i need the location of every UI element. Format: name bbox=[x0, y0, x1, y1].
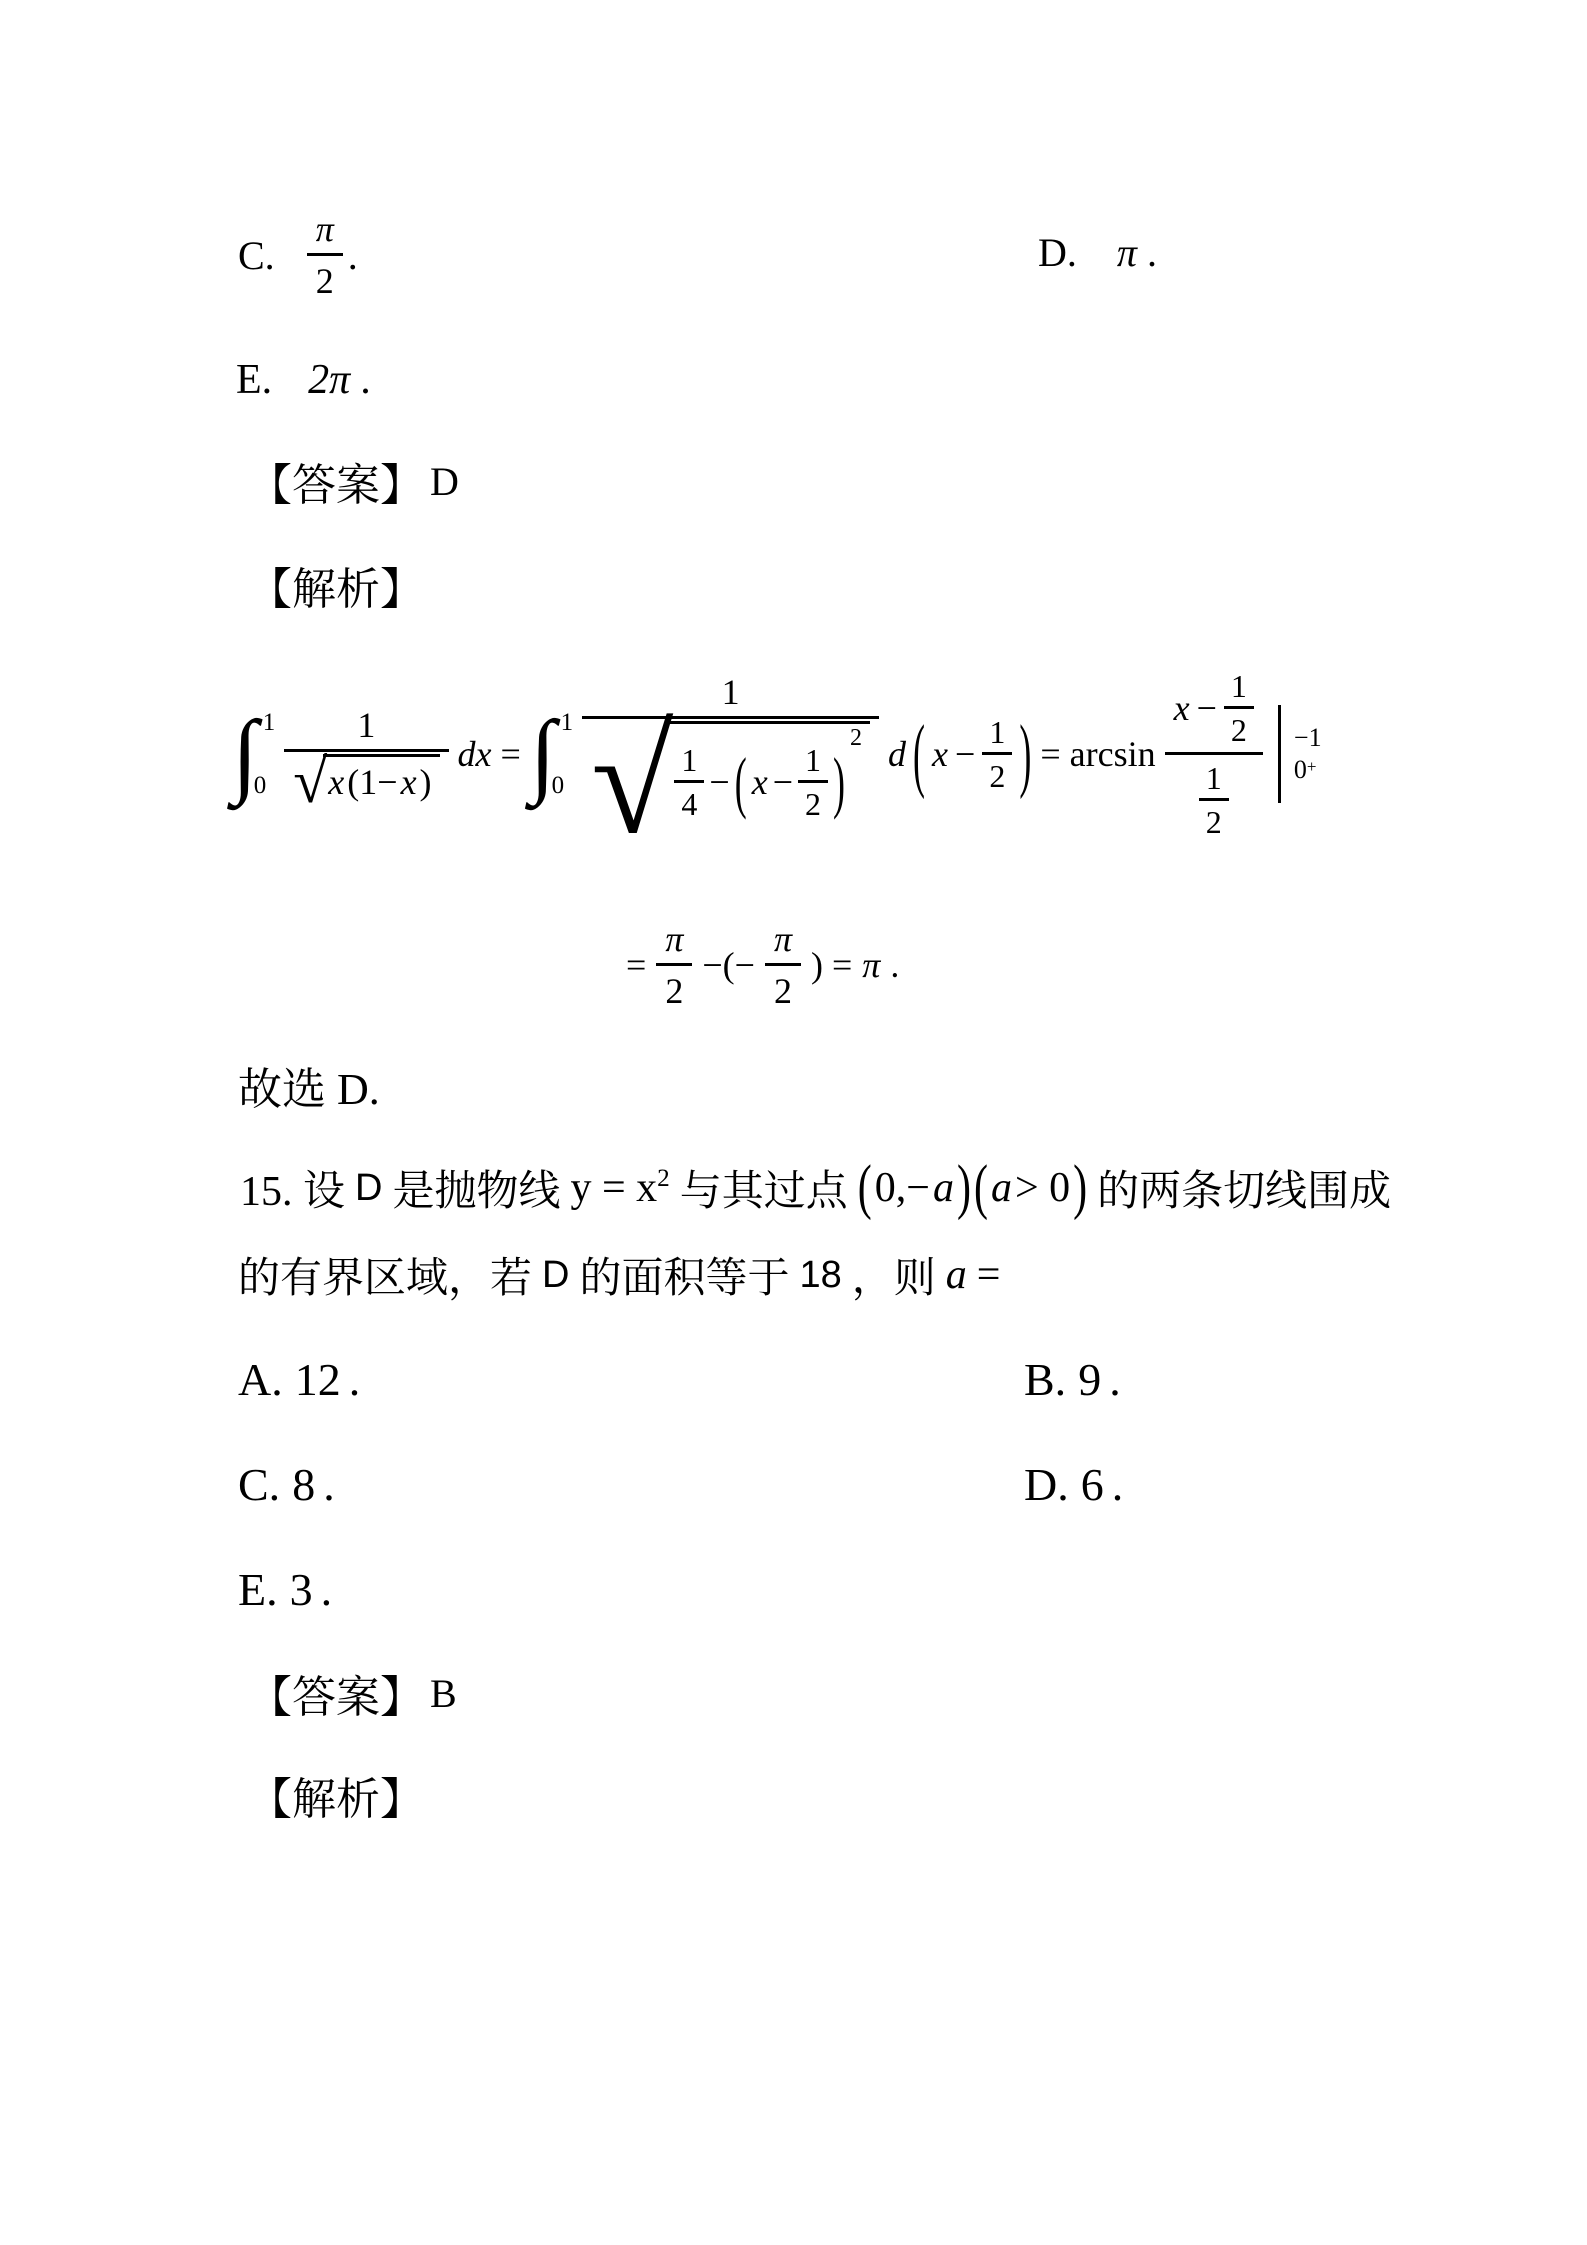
minus-sign: − bbox=[773, 764, 793, 800]
arcsin-label: arcsin bbox=[1070, 733, 1156, 775]
denominator-2: 2 bbox=[805, 788, 821, 820]
q15-number-and-text: 15. 设 bbox=[240, 1158, 345, 1218]
answer-value: B bbox=[430, 1670, 457, 1717]
exponent-2: 2 bbox=[657, 1165, 670, 1192]
close-paren: ) bbox=[420, 764, 432, 800]
option-d-value: 6 bbox=[1081, 1458, 1104, 1511]
var-a: a bbox=[946, 1251, 967, 1299]
open-paren: ( bbox=[974, 1158, 988, 1219]
period: . bbox=[1112, 1458, 1124, 1511]
pi-symbol: π bbox=[1117, 229, 1137, 276]
denominator-2: 2 bbox=[989, 760, 1005, 792]
option-e-value: 2π bbox=[308, 356, 350, 404]
option-c-label: C. bbox=[238, 232, 275, 279]
option-c-label: C. bbox=[238, 1458, 280, 1511]
option-e-row-q15: E. 3 . bbox=[238, 1560, 332, 1618]
option-e-row: E. 2π . bbox=[236, 354, 371, 406]
integral-upper-limit: 1 bbox=[561, 710, 574, 735]
integral-lower-limit: 0 bbox=[552, 773, 574, 798]
period: . bbox=[360, 356, 371, 404]
q15-text: 的两条切线围成 bbox=[1097, 1158, 1391, 1218]
open-paren: ( bbox=[858, 1158, 872, 1219]
analysis-heading: 【解析】 bbox=[248, 1763, 424, 1827]
pi-symbol: π bbox=[316, 211, 334, 247]
close-paren: ) bbox=[1073, 1158, 1087, 1219]
var-x: x bbox=[636, 1165, 657, 1211]
minus-sign: − bbox=[955, 733, 975, 775]
period: . bbox=[349, 1353, 361, 1406]
numerator-1: 1 bbox=[1206, 762, 1222, 794]
integral-0-1: ∫ 1 0 bbox=[530, 710, 573, 798]
option-c-row-q15: C. 8 . bbox=[238, 1455, 335, 1513]
sqrt-x-1-minus-x: √ x (1− x ) bbox=[293, 754, 439, 801]
equals-sign: = bbox=[626, 944, 646, 986]
q14-analysis-row: 【解析】 bbox=[248, 556, 424, 614]
var-y: y bbox=[570, 1165, 591, 1211]
q14-answer-row: 【答案】 D bbox=[248, 452, 459, 510]
var-x: x bbox=[328, 764, 344, 800]
fraction-1-over-2: 1 2 bbox=[982, 716, 1012, 792]
equals-sign: = bbox=[501, 733, 521, 775]
option-d-row-q15: D. 6 . bbox=[1024, 1455, 1123, 1513]
exponent-2: 2 bbox=[850, 726, 862, 750]
option-b-label: B. bbox=[1024, 1353, 1066, 1406]
denominator-2: 2 bbox=[1231, 714, 1247, 746]
fraction-1-over-2: 1 2 bbox=[1199, 762, 1229, 838]
dx-term: dx bbox=[458, 733, 492, 775]
option-e-value: 3 bbox=[290, 1563, 313, 1616]
upper-limit: −1 bbox=[1294, 725, 1322, 751]
parabola-equation: y = x2 bbox=[570, 1164, 669, 1212]
arcsin-argument-fraction: x − 1 2 1 2 bbox=[1165, 669, 1263, 839]
close-paren-equals: ) = bbox=[811, 944, 852, 986]
var-a: a bbox=[991, 1164, 1012, 1212]
q15-text: 与其过点 bbox=[680, 1158, 848, 1218]
option-e-label: E. bbox=[236, 356, 272, 404]
denominator-2: 2 bbox=[1206, 806, 1222, 838]
period: . bbox=[1109, 1353, 1121, 1406]
close-paren: ) bbox=[833, 748, 845, 816]
point-coordinates: 0,− bbox=[875, 1164, 930, 1212]
q15-statement-line1: 15. 设 D 是抛物线 y = x2 与其过点 ( 0,− a ) ( a >… bbox=[240, 1148, 1391, 1228]
fraction-1-over-sqrt-x-1-minus-x: 1 √ x (1− x ) bbox=[284, 706, 448, 802]
conclusion-text: 故选 D. bbox=[238, 1053, 380, 1117]
integral-0-1: ∫ 1 0 bbox=[232, 710, 275, 798]
evaluation-limits: −1 0+ bbox=[1294, 725, 1322, 783]
equals-sign: = bbox=[602, 1165, 626, 1211]
var-x: x bbox=[752, 764, 768, 800]
option-d-row: D. π . bbox=[1038, 226, 1157, 278]
plus-superscript: + bbox=[1307, 757, 1317, 776]
option-a-value: 12 bbox=[295, 1353, 341, 1406]
q15-text: 的面积等于 bbox=[579, 1245, 789, 1305]
pi-result: π bbox=[862, 944, 880, 986]
greater-than-zero: > 0 bbox=[1015, 1164, 1070, 1212]
option-e-label: E. bbox=[238, 1563, 278, 1616]
denominator-2: 2 bbox=[316, 263, 334, 299]
document-page: C. π 2 . D. π . E. 2π . 【答案】 D 【解析】 ∫ 1 … bbox=[0, 0, 1587, 2245]
sqrt-quarter-minus-square: √ 1 4 − ( x − 1 2 ) bbox=[591, 721, 870, 834]
integral-lower-limit: 0 bbox=[254, 773, 276, 798]
region-d-label: D bbox=[542, 1254, 569, 1297]
pi-symbol: π bbox=[774, 921, 792, 957]
d-x-minus-half-term: d ( x − 1 2 ) bbox=[888, 716, 1031, 792]
radical-symbol: √ bbox=[591, 726, 673, 839]
option-d-label: D. bbox=[1024, 1458, 1069, 1511]
option-c-row: C. π 2 . bbox=[238, 206, 358, 304]
equals-sign: = bbox=[977, 1251, 1001, 1299]
period: . bbox=[348, 232, 358, 279]
option-b-value: 9 bbox=[1078, 1353, 1101, 1406]
var-x: x bbox=[932, 733, 948, 775]
denominator-2: 2 bbox=[774, 973, 792, 1009]
region-d-label: D bbox=[355, 1167, 382, 1210]
fraction-pi-over-2: π 2 bbox=[307, 210, 343, 300]
differential-d: d bbox=[888, 733, 906, 775]
denominator-4: 4 bbox=[681, 788, 697, 820]
q15-statement-line2: 的有界区域，若 D 的面积等于 18 ，则 a = bbox=[238, 1244, 1000, 1306]
pi-symbol: π bbox=[665, 921, 683, 957]
q15-text: 的有界区域，若 bbox=[238, 1245, 532, 1305]
answer-heading: 【答案】 bbox=[248, 1661, 424, 1725]
var-a: a bbox=[933, 1164, 954, 1212]
fraction-1-over-sqrt-quarter: 1 √ 1 4 − ( x − 1 2 bbox=[582, 673, 879, 835]
minus-open-paren: −(− bbox=[702, 944, 755, 986]
zero: 0 bbox=[1294, 755, 1307, 784]
var-x: x bbox=[401, 764, 417, 800]
close-paren: ) bbox=[957, 1158, 971, 1219]
lower-limit: 0+ bbox=[1294, 757, 1322, 783]
period: . bbox=[323, 1458, 335, 1511]
numerator-1: 1 bbox=[357, 707, 375, 743]
minus-sign: − bbox=[1197, 690, 1217, 726]
answer-value: D bbox=[430, 458, 459, 505]
var-x: x bbox=[1174, 690, 1190, 726]
solution-formula-line2: = π 2 −(− π 2 ) = π . bbox=[626, 910, 899, 1020]
period: . bbox=[1147, 229, 1157, 276]
fraction-pi-over-2: π 2 bbox=[765, 920, 801, 1010]
option-b-row: B. 9 . bbox=[1024, 1350, 1121, 1408]
numerator-1: 1 bbox=[722, 674, 740, 710]
fraction-1-over-4: 1 4 bbox=[674, 744, 704, 820]
area-value-18: 18 bbox=[799, 1254, 841, 1297]
period: . bbox=[321, 1563, 333, 1616]
open-paren: ( bbox=[735, 748, 747, 816]
option-d-label: D. bbox=[1038, 229, 1077, 276]
paren-1-minus: (1− bbox=[347, 764, 397, 800]
solution-formula-line1: ∫ 1 0 1 √ x (1− x ) dx = bbox=[232, 634, 1322, 874]
answer-heading: 【答案】 bbox=[248, 449, 424, 513]
point-expression: ( 0,− a ) ( a > 0 ) bbox=[858, 1164, 1087, 1212]
q15-answer-row: 【答案】 B bbox=[248, 1664, 457, 1722]
fraction-1-over-2: 1 2 bbox=[798, 744, 828, 820]
minus-sign: − bbox=[709, 764, 729, 800]
fraction-1-over-2: 1 2 bbox=[1224, 670, 1254, 746]
radical-symbol: √ bbox=[293, 759, 327, 806]
numerator-1: 1 bbox=[989, 716, 1005, 748]
equals-sign: = bbox=[1040, 733, 1060, 775]
analysis-heading: 【解析】 bbox=[248, 553, 424, 617]
close-paren: ) bbox=[1019, 713, 1031, 796]
numerator-1: 1 bbox=[805, 744, 821, 776]
option-c-value: 8 bbox=[292, 1458, 315, 1511]
final-period: . bbox=[890, 944, 899, 986]
q15-text: 是抛物线 bbox=[392, 1158, 560, 1218]
option-a-label: A. bbox=[238, 1353, 283, 1406]
open-paren: ( bbox=[913, 713, 925, 796]
denominator-2: 2 bbox=[665, 973, 683, 1009]
q14-conclusion-row: 故选 D. bbox=[238, 1058, 380, 1112]
evaluation-bar bbox=[1278, 705, 1281, 803]
option-a-row: A. 12 . bbox=[238, 1350, 360, 1408]
numerator-1: 1 bbox=[681, 744, 697, 776]
integral-upper-limit: 1 bbox=[263, 710, 276, 735]
q15-analysis-row: 【解析】 bbox=[248, 1766, 424, 1824]
fraction-pi-over-2: π 2 bbox=[656, 920, 692, 1010]
numerator-1: 1 bbox=[1231, 670, 1247, 702]
q15-text: ，则 bbox=[852, 1245, 936, 1305]
